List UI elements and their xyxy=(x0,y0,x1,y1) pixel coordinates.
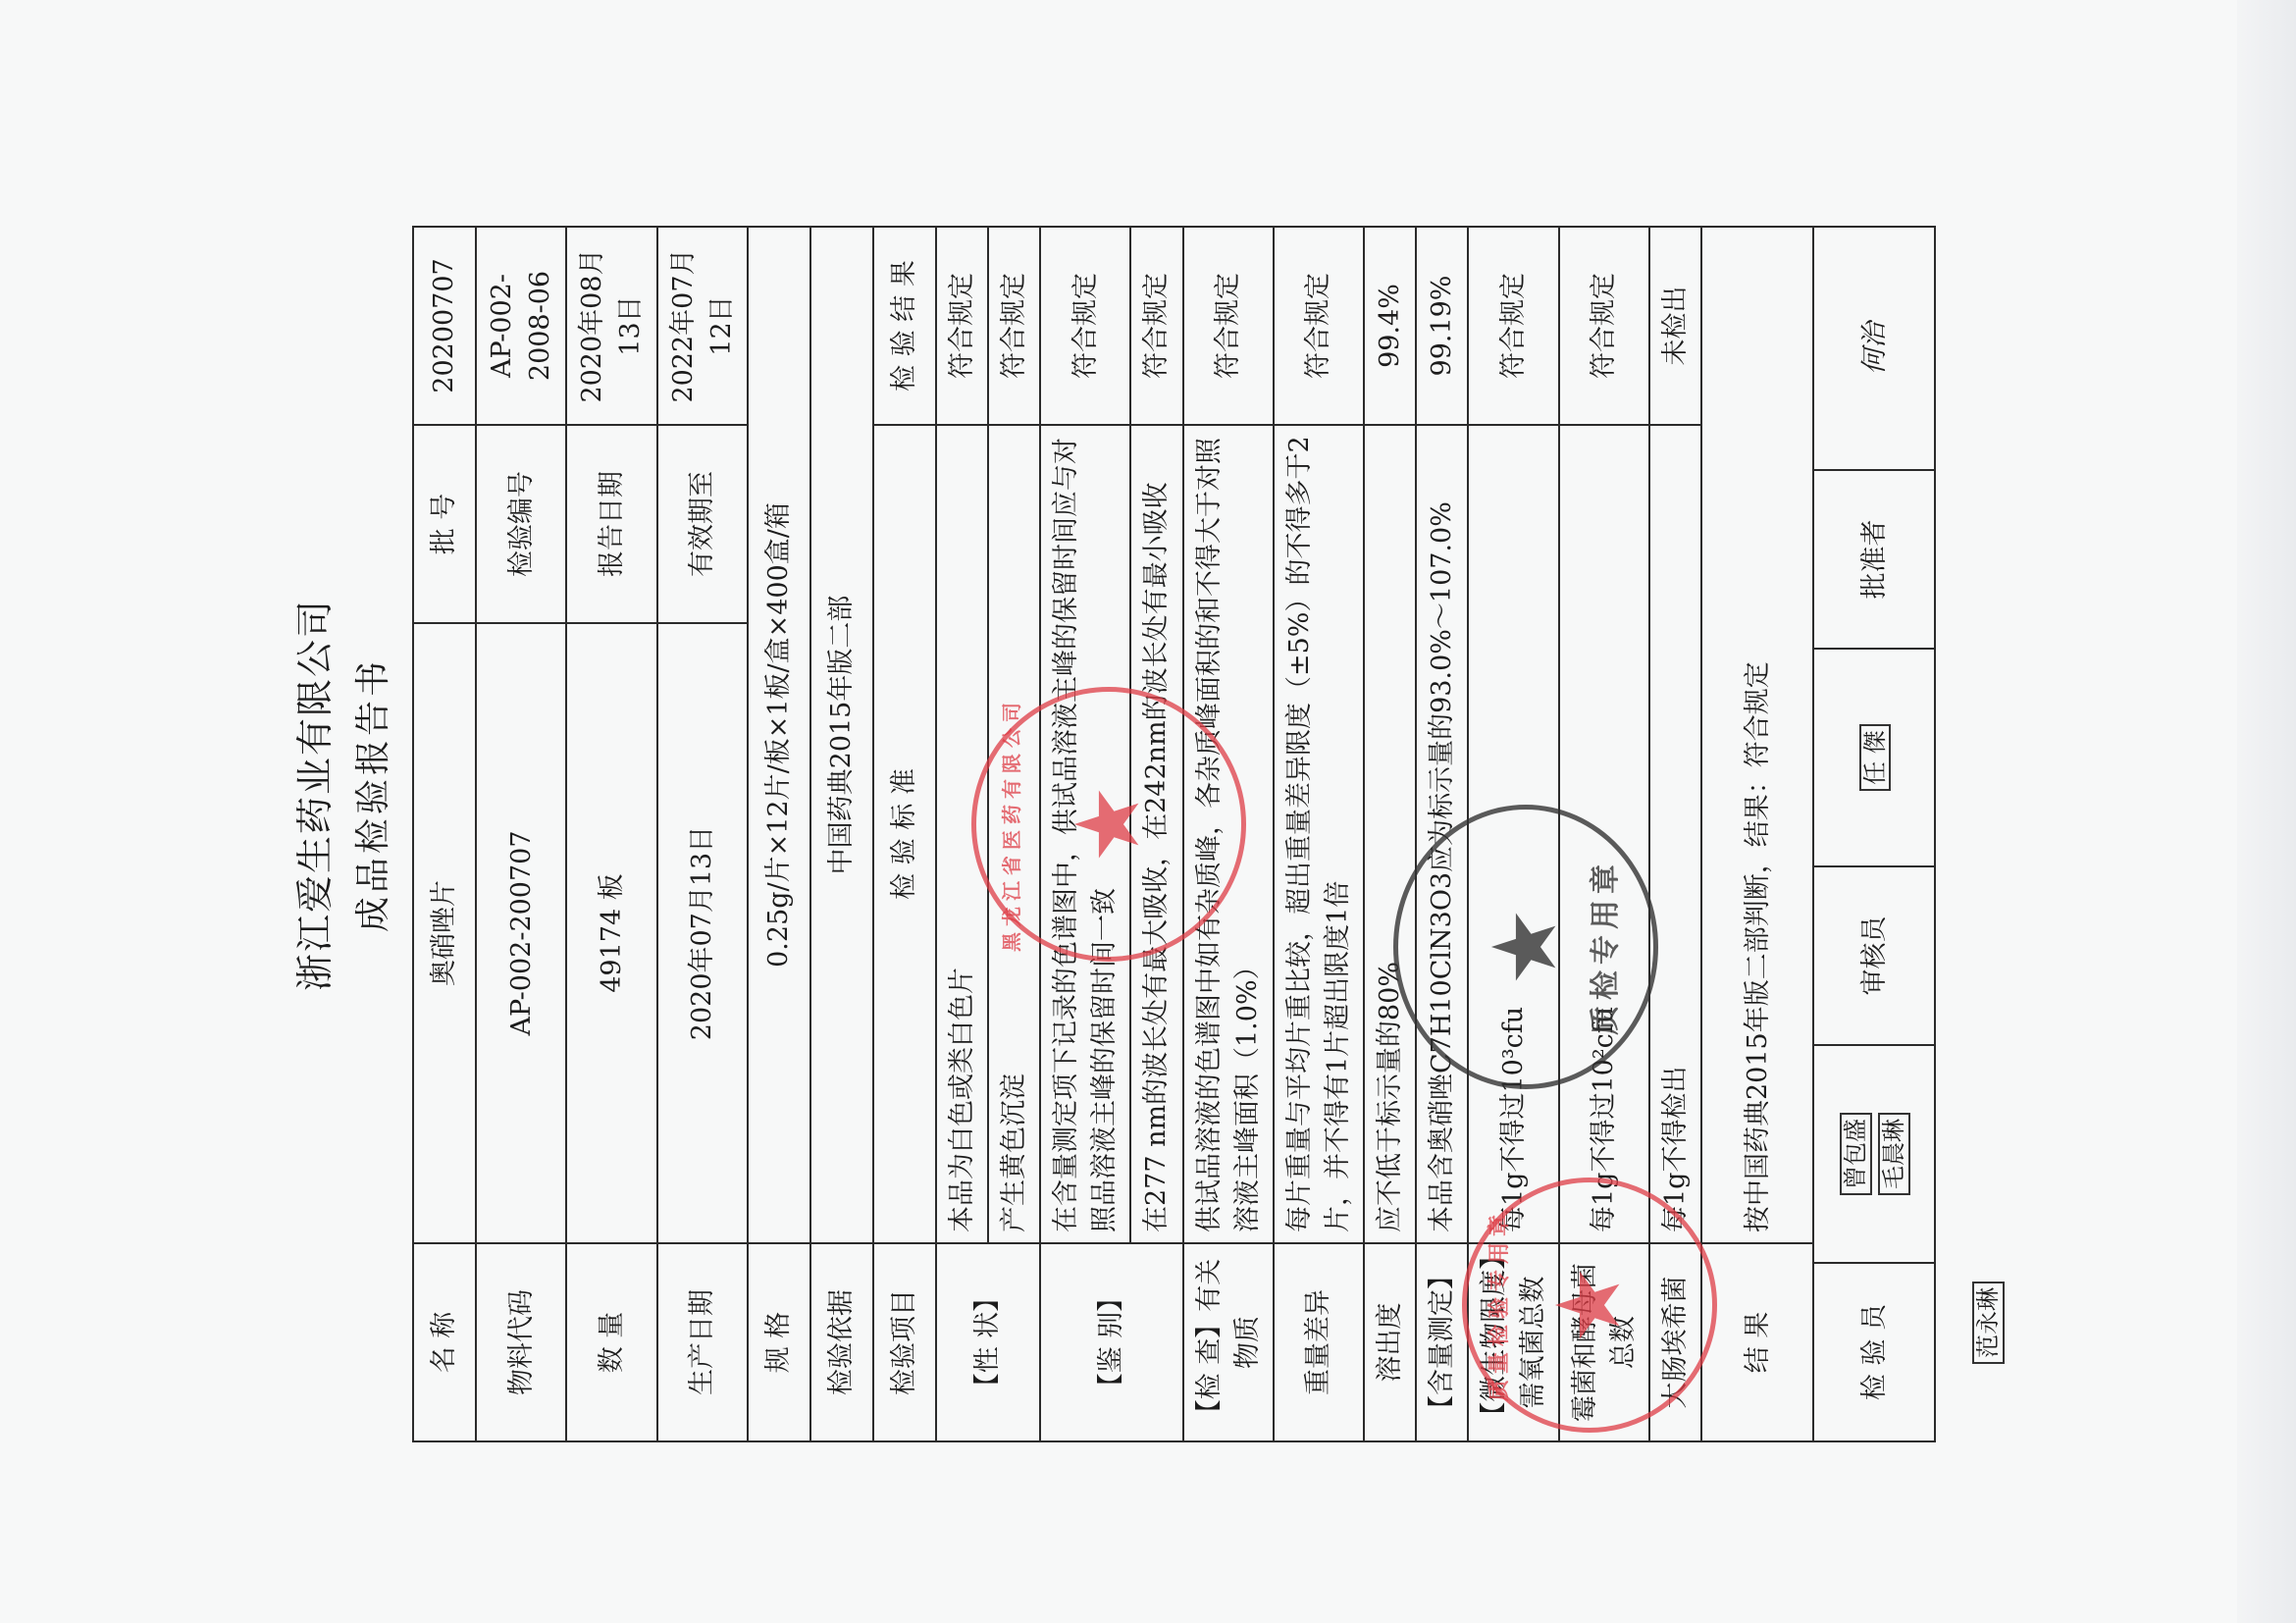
result-cell: 99.19% xyxy=(1416,227,1468,425)
material-code-value: AP-002-200707 xyxy=(476,623,566,1243)
item-weight-variation: 重量差异 xyxy=(1274,1243,1364,1441)
expiry-label: 有效期至 xyxy=(657,425,748,623)
inspector-stamps: 曾包盛 毛晨琳 xyxy=(1814,1045,1934,1263)
basis-label: 检验依据 xyxy=(810,1243,873,1441)
result-cell: 符合规定 xyxy=(936,227,988,425)
report-title: 成品检验报告书 xyxy=(345,118,395,1472)
approver-signature: 何治 xyxy=(1814,228,1934,470)
standard-cell: 每1g不得过10³cfu xyxy=(1468,425,1558,1243)
table-row: 【性 状】 本品为白色或类白色片 符合规定 xyxy=(936,227,988,1441)
result-cell: 符合规定 xyxy=(1130,227,1182,425)
result-cell: 符合规定 xyxy=(1040,227,1130,425)
quantity-value: 49174 板 xyxy=(566,623,656,1243)
inspector-name-stamp: 范永琳 xyxy=(1972,1282,2005,1364)
result-cell: 99.4% xyxy=(1364,227,1416,425)
name-label: 名 称 xyxy=(413,1243,476,1441)
table-row: 大肠埃希菌 每1g不得检出 未检出 xyxy=(1649,227,1701,1441)
standard-cell: 产生黄色沉淀 xyxy=(988,425,1040,1243)
table-row: 重量差异 每片重量与平均片重比较，超出重量差异限度（±5%）的不得多于2片，并不… xyxy=(1274,227,1364,1441)
reviewer-label: 审核员 xyxy=(1814,866,1934,1045)
inspector-name-stamp: 曾包盛 xyxy=(1840,1113,1872,1195)
result-cell: 符合规定 xyxy=(1274,227,1364,425)
conclusion-value: 按中国药典2015年版二部判断，结果：符合规定 xyxy=(1701,227,1813,1243)
basis-value: 中国药典2015年版二部 xyxy=(810,227,873,1243)
standard-cell: 每1g不得检出 xyxy=(1649,425,1701,1243)
material-code-label: 物料代码 xyxy=(476,1243,566,1441)
conclusion-label: 结 果 xyxy=(1701,1243,1813,1441)
standard-cell: 供试品溶液的色谱图中如有杂质峰，各杂质峰面积的和不得大于对照溶液主峰面积（1.0… xyxy=(1183,425,1274,1243)
table-row: 霉菌和酵母菌总数 每1g不得过10²cfu 符合规定 xyxy=(1559,227,1649,1441)
standard-cell: 每片重量与平均片重比较，超出重量差异限度（±5%）的不得多于2片，并不得有1片超… xyxy=(1274,425,1364,1243)
info-row: 规 格 0.25g/片×12片/板×1板/盒×400盒/箱 xyxy=(748,227,810,1441)
table-row: 溶出度 应不低于标示量的80% 99.4% xyxy=(1364,227,1416,1441)
approver-label: 批准者 xyxy=(1814,470,1934,649)
scan-edge xyxy=(2237,0,2296,1623)
name-value: 奥硝唑片 xyxy=(413,623,476,1243)
spec-value: 0.25g/片×12片/板×1板/盒×400盒/箱 xyxy=(748,227,810,1243)
standard-cell: 每1g不得过10²cfu xyxy=(1559,425,1649,1243)
standard-cell: 在含量测定项下记录的色谱图中，供试品溶液主峰的保留时间应与对照品溶液主峰的保留时… xyxy=(1040,425,1130,1243)
standard-cell: 应不低于标示量的80% xyxy=(1364,425,1416,1243)
report-table: 名 称 奥硝唑片 批 号 20200707 物料代码 AP-002-200707… xyxy=(412,226,1936,1442)
test-no-value: AP-002-2008-06 xyxy=(476,227,566,425)
conclusion-row: 结 果 按中国药典2015年版二部判断，结果：符合规定 xyxy=(1701,227,1813,1441)
result-cell: 符合规定 xyxy=(988,227,1040,425)
item-e-coli: 大肠埃希菌 xyxy=(1649,1243,1701,1441)
info-row: 数 量 49174 板 报告日期 2020年08月13日 xyxy=(566,227,656,1441)
item-appearance: 【性 状】 xyxy=(936,1243,1040,1441)
info-row: 检验依据 中国药典2015年版二部 xyxy=(810,227,873,1441)
result-cell: 未检出 xyxy=(1649,227,1701,425)
item-aerobic-count: 【微生物限度】需氧菌总数 xyxy=(1468,1243,1558,1441)
signature-row: 检 验 员 曾包盛 毛晨琳 审核员 任 傑 批准者 何治 xyxy=(1813,227,1935,1441)
item-related-substances: 【检 查】有关物质 xyxy=(1183,1243,1274,1441)
item-dissolution: 溶出度 xyxy=(1364,1243,1416,1441)
col-standard: 检 验 标 准 xyxy=(873,425,936,1243)
standard-cell: 本品为白色或类白色片 xyxy=(936,425,988,1243)
batch-value: 20200707 xyxy=(413,227,476,425)
quantity-label: 数 量 xyxy=(566,1243,656,1441)
table-row: 【检 查】有关物质 供试品溶液的色谱图中如有杂质峰，各杂质峰面积的和不得大于对照… xyxy=(1183,227,1274,1441)
standard-cell: 在277 nm的波长处有最大吸收，在242nm的波长处有最小吸收 xyxy=(1130,425,1182,1243)
item-identification: 【鉴 别】 xyxy=(1040,1243,1182,1441)
column-header-row: 检验项目 检 验 标 准 检 验 结 果 xyxy=(873,227,936,1441)
info-row: 生产日期 2020年07月13日 有效期至 2022年07月12日 xyxy=(657,227,748,1441)
item-assay: 【含量测定】 xyxy=(1416,1243,1468,1441)
report-date-label: 报告日期 xyxy=(566,425,656,623)
result-cell: 符合规定 xyxy=(1559,227,1649,425)
reviewer-name-stamp: 任 傑 xyxy=(1859,724,1892,791)
standard-cell: 本品含奥硝唑C7H10ClN3O3应为标示量的93.0%～107.0% xyxy=(1416,425,1468,1243)
item-mold-yeast: 霉菌和酵母菌总数 xyxy=(1559,1243,1649,1441)
production-date-label: 生产日期 xyxy=(657,1243,748,1441)
test-no-label: 检验编号 xyxy=(476,425,566,623)
inspection-report-page: 浙江爱生药业有限公司 成品检验报告书 名 称 奥硝唑片 批 号 20200707… xyxy=(285,118,2198,1472)
result-cell: 符合规定 xyxy=(1183,227,1274,425)
table-row: 【含量测定】 本品含奥硝唑C7H10ClN3O3应为标示量的93.0%～107.… xyxy=(1416,227,1468,1441)
result-cell: 符合规定 xyxy=(1468,227,1558,425)
info-row: 名 称 奥硝唑片 批 号 20200707 xyxy=(413,227,476,1441)
inspector-name-stamp: 毛晨琳 xyxy=(1878,1113,1910,1195)
info-row: 物料代码 AP-002-200707 检验编号 AP-002-2008-06 xyxy=(476,227,566,1441)
expiry-value: 2022年07月12日 xyxy=(657,227,748,425)
spec-label: 规 格 xyxy=(748,1243,810,1441)
inspector-label: 检 验 员 xyxy=(1814,1263,1934,1440)
signature-table: 检 验 员 曾包盛 毛晨琳 审核员 任 傑 批准者 何治 xyxy=(1814,228,1934,1440)
reviewer-stamp: 任 傑 xyxy=(1814,649,1934,866)
report-date-value: 2020年08月13日 xyxy=(566,227,656,425)
company-name: 浙江爱生药业有限公司 xyxy=(285,118,339,1472)
col-item: 检验项目 xyxy=(873,1243,936,1441)
col-result: 检 验 结 果 xyxy=(873,227,936,425)
extra-inspector-stamp-wrap: 范永琳 xyxy=(1972,1282,2005,1364)
production-date-value: 2020年07月13日 xyxy=(657,623,748,1243)
table-row: 【微生物限度】需氧菌总数 每1g不得过10³cfu 符合规定 xyxy=(1468,227,1558,1441)
table-row: 【鉴 别】 在含量测定项下记录的色谱图中，供试品溶液主峰的保留时间应与对照品溶液… xyxy=(1040,227,1130,1441)
batch-label: 批 号 xyxy=(413,425,476,623)
